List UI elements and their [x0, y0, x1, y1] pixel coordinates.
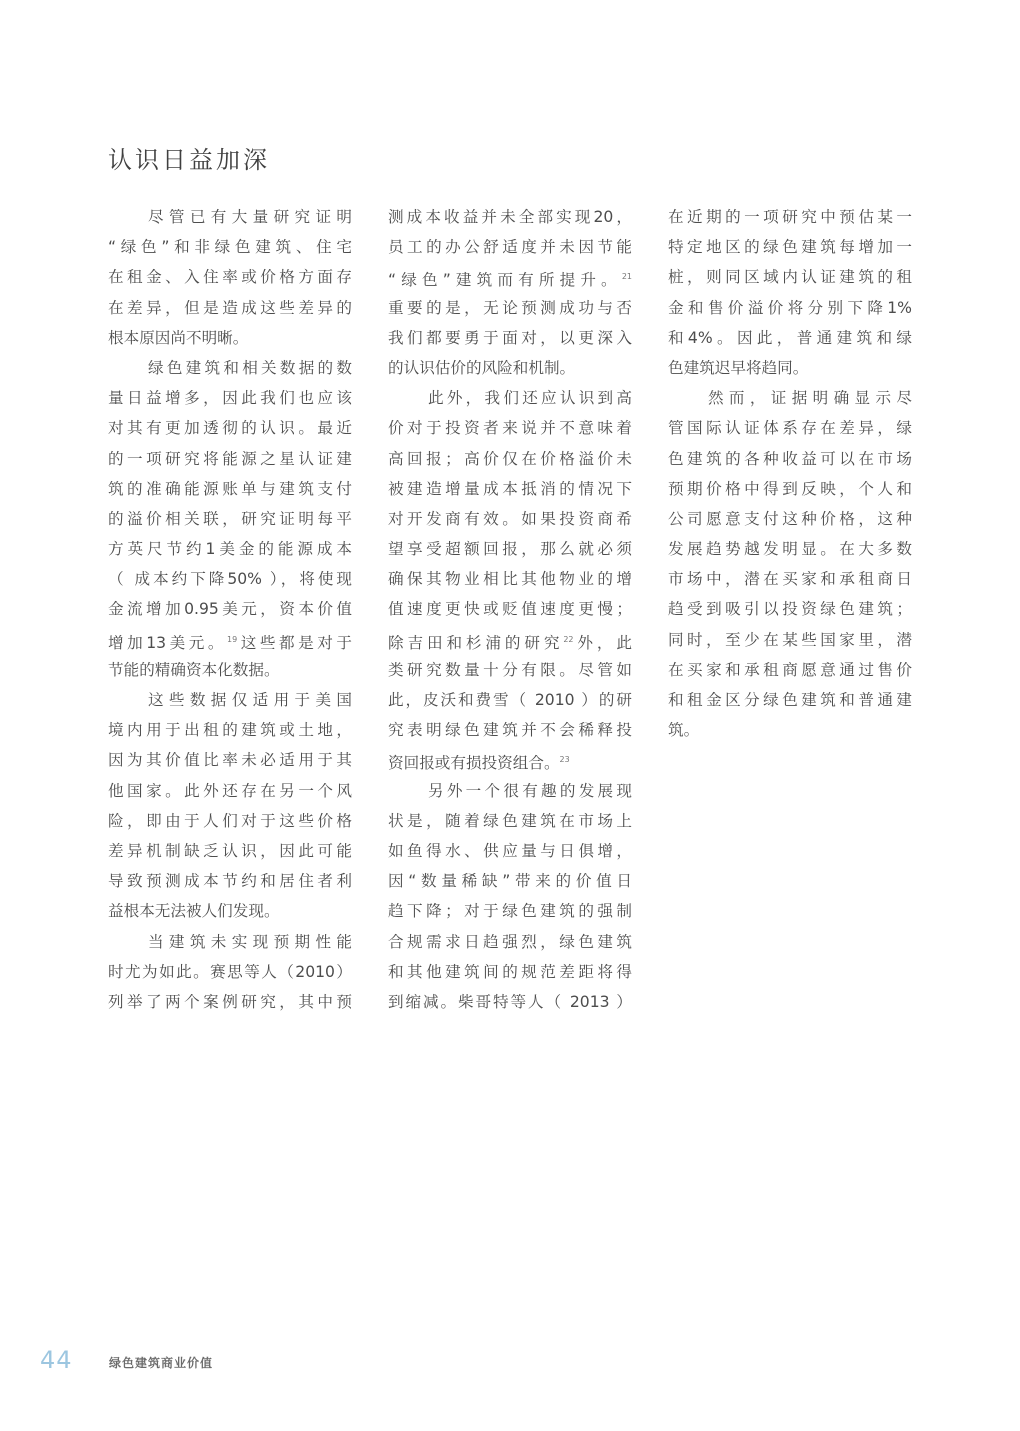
line-text: 这些都是对于 — [237, 634, 352, 652]
line-text: 和其他建筑间的规范差距将得 — [388, 963, 632, 981]
text-line: 色建筑的各种收益可以在市场 — [668, 444, 912, 474]
text-line: 时尤为如此。赛思等人（2010） — [108, 957, 352, 987]
text-line: 列举了两个案例研究，其中预 — [108, 987, 352, 1017]
text-line: “绿色”建筑而有所提升。21 — [388, 262, 632, 292]
line-text: 测成本收益并未全部实现20， — [388, 208, 632, 226]
line-text: 方英尺节约1美金的能源成本 — [108, 540, 352, 558]
page-number: 44 — [40, 1346, 73, 1374]
line-text: 时尤为如此。赛思等人（2010） — [108, 963, 352, 981]
line-text: 筑的准确能源账单与建筑支付 — [108, 480, 352, 498]
text-column-3: 在近期的一项研究中预估某一特定地区的绿色建筑每增加一桩，则同区域内认证建筑的租金… — [668, 202, 912, 745]
text-line: 当建筑未实现预期性能 — [108, 927, 352, 957]
line-text: 高回报；高价仅在价格溢价未 — [388, 450, 632, 468]
text-line: 增加13美元。19这些都是对于 — [108, 625, 352, 655]
text-line: 绿色建筑和相关数据的数 — [108, 353, 352, 383]
footnote-reference: 22 — [563, 635, 573, 644]
text-line: 另外一个很有趣的发展现 — [388, 776, 632, 806]
text-line: 和4%。因此，普通建筑和绿 — [668, 323, 912, 353]
line-text: 同时，至少在某些国家里，潜 — [668, 631, 912, 649]
text-line: 如鱼得水、供应量与日俱增， — [388, 836, 632, 866]
text-line: 和其他建筑间的规范差距将得 — [388, 957, 632, 987]
line-text: 趋下降；对于绿色建筑的强制 — [388, 902, 632, 920]
footnote-reference: 23 — [560, 755, 570, 764]
text-line: 在买家和承租商愿意通过售价 — [668, 655, 912, 685]
text-line: 的一项研究将能源之星认证建 — [108, 444, 352, 474]
text-line: 测成本收益并未全部实现20， — [388, 202, 632, 232]
text-line: （ 成本约下降50% ），将使现 — [108, 564, 352, 594]
text-line: 状是，随着绿色建筑在市场上 — [388, 806, 632, 836]
line-text: 差异机制缺乏认识，因此可能 — [108, 842, 352, 860]
text-line: 究表明绿色建筑并不会稀释投 — [388, 715, 632, 745]
text-line: 预期价格中得到反映，个人和 — [668, 474, 912, 504]
text-line: 筑。 — [668, 715, 912, 745]
line-text: 特定地区的绿色建筑每增加一 — [668, 238, 912, 256]
text-line: 的认识估价的风险和机制。 — [388, 353, 632, 383]
line-text: 的认识估价的风险和机制。 — [388, 359, 575, 377]
section-title: 认识日益加深 — [108, 140, 270, 175]
text-line: 险，即由于人们对于这些价格 — [108, 806, 352, 836]
line-text: 合规需求日趋强烈，绿色建筑 — [388, 933, 632, 951]
text-line: 对其有更加透彻的认识。最近 — [108, 413, 352, 443]
text-line: 此外，我们还应认识到高 — [388, 383, 632, 413]
line-text: 这些数据仅适用于美国 — [148, 691, 352, 709]
line-text: 和租金区分绿色建筑和普通建 — [668, 691, 912, 709]
line-text: 列举了两个案例研究，其中预 — [108, 993, 352, 1011]
line-text: 员工的办公舒适度并未因节能 — [388, 238, 632, 256]
text-line: 公司愿意支付这种价格，这种 — [668, 504, 912, 534]
line-text: 究表明绿色建筑并不会稀释投 — [388, 721, 632, 739]
line-text: 外，此 — [574, 634, 632, 652]
publication-title: 绿色建筑商业价值 — [109, 1354, 213, 1371]
line-text: 公司愿意支付这种价格，这种 — [668, 510, 912, 528]
line-text: 境内用于出租的建筑或土地， — [108, 721, 352, 739]
line-text: 的一项研究将能源之星认证建 — [108, 450, 352, 468]
text-line: 值速度更快或贬值速度更慢； — [388, 594, 632, 624]
line-text: 量日益增多，因此我们也应该 — [108, 389, 352, 407]
line-text: 确保其物业相比其他物业的增 — [388, 570, 632, 588]
line-text: “绿色”和非绿色建筑、住宅 — [108, 238, 352, 256]
line-text: 值速度更快或贬值速度更慢； — [388, 600, 632, 618]
text-line: 高回报；高价仅在价格溢价未 — [388, 444, 632, 474]
line-text: 金流增加0.95美元，资本价值 — [108, 600, 352, 618]
text-line: 价对于投资者来说并不意味着 — [388, 413, 632, 443]
text-line: 然而，证据明确显示尽 — [668, 383, 912, 413]
line-text: 险，即由于人们对于这些价格 — [108, 812, 352, 830]
line-text: 导致预测成本节约和居住者利 — [108, 872, 352, 890]
text-line: 趋受到吸引以投资绿色建筑； — [668, 594, 912, 624]
text-line: 尽管已有大量研究证明 — [108, 202, 352, 232]
line-text: 对其有更加透彻的认识。最近 — [108, 419, 352, 437]
text-line: 色建筑迟早将趋同。 — [668, 353, 912, 383]
text-line: 发展趋势越发明显。在大多数 — [668, 534, 912, 564]
text-line: 重要的是，无论预测成功与否 — [388, 293, 632, 323]
line-text: 因为其价值比率未必适用于其 — [108, 751, 352, 769]
line-text: 如鱼得水、供应量与日俱增， — [388, 842, 632, 860]
line-text: 到缩减。柴哥特等人（ 2013 ） — [388, 993, 632, 1011]
line-text: 趋受到吸引以投资绿色建筑； — [668, 600, 912, 618]
line-text: 桩，则同区域内认证建筑的租 — [668, 268, 912, 286]
line-text: 望享受超额回报，那么就必须 — [388, 540, 632, 558]
text-line: 方英尺节约1美金的能源成本 — [108, 534, 352, 564]
line-text: 管国际认证体系存在差异，绿 — [668, 419, 912, 437]
line-text: 在买家和承租商愿意通过售价 — [668, 661, 912, 679]
line-text: 色建筑迟早将趋同。 — [668, 359, 808, 377]
text-line: 在租金、入住率或价格方面存 — [108, 262, 352, 292]
line-text: 价对于投资者来说并不意味着 — [388, 419, 632, 437]
text-line: 对开发商有效。如果投资商希 — [388, 504, 632, 534]
text-line: 市场中，潜在买家和承租商日 — [668, 564, 912, 594]
text-line: 因“数量稀缺”带来的价值日 — [388, 866, 632, 896]
line-text: 益根本无法被人们发现。 — [108, 902, 280, 920]
text-line: 在差异，但是造成这些差异的 — [108, 293, 352, 323]
line-text: 和4%。因此，普通建筑和绿 — [668, 329, 912, 347]
line-text: 节能的精确资本化数据。 — [108, 661, 280, 679]
text-line: 根本原因尚不明晰。 — [108, 323, 352, 353]
text-line: 益根本无法被人们发现。 — [108, 896, 352, 926]
text-line: 差异机制缺乏认识，因此可能 — [108, 836, 352, 866]
text-line: 金和售价溢价将分别下降1% — [668, 293, 912, 323]
text-line: 合规需求日趋强烈，绿色建筑 — [388, 927, 632, 957]
line-text: 在近期的一项研究中预估某一 — [668, 208, 912, 226]
text-line: 此，皮沃和费雪（ 2010 ）的研 — [388, 685, 632, 715]
text-line: 量日益增多，因此我们也应该 — [108, 383, 352, 413]
text-line: “绿色”和非绿色建筑、住宅 — [108, 232, 352, 262]
text-line: 桩，则同区域内认证建筑的租 — [668, 262, 912, 292]
line-text: 在差异，但是造成这些差异的 — [108, 299, 352, 317]
text-line: 确保其物业相比其他物业的增 — [388, 564, 632, 594]
line-text: 增加13美元。 — [108, 634, 227, 652]
text-line: 管国际认证体系存在差异，绿 — [668, 413, 912, 443]
line-text: 根本原因尚不明晰。 — [108, 329, 248, 347]
text-line: 员工的办公舒适度并未因节能 — [388, 232, 632, 262]
line-text: 因“数量稀缺”带来的价值日 — [388, 872, 632, 890]
line-text: （ 成本约下降50% ），将使现 — [108, 570, 352, 588]
line-text: 尽管已有大量研究证明 — [148, 208, 352, 226]
line-text: 此外，我们还应认识到高 — [428, 389, 632, 407]
line-text: 金和售价溢价将分别下降1% — [668, 299, 912, 317]
text-line: 资回报或有损投资组合。23 — [388, 745, 632, 775]
text-line: 我们都要勇于面对，以更深入 — [388, 323, 632, 353]
line-text: 当建筑未实现预期性能 — [148, 933, 352, 951]
text-line: 在近期的一项研究中预估某一 — [668, 202, 912, 232]
text-line: 金流增加0.95美元，资本价值 — [108, 594, 352, 624]
line-text: 预期价格中得到反映，个人和 — [668, 480, 912, 498]
line-text: 市场中，潜在买家和承租商日 — [668, 570, 912, 588]
line-text: 然而，证据明确显示尽 — [708, 389, 912, 407]
line-text: 另外一个很有趣的发展现 — [428, 782, 632, 800]
text-column-1: 尽管已有大量研究证明“绿色”和非绿色建筑、住宅在租金、入住率或价格方面存在差异，… — [108, 202, 352, 1017]
text-line: 因为其价值比率未必适用于其 — [108, 745, 352, 775]
line-text: 色建筑的各种收益可以在市场 — [668, 450, 912, 468]
line-text: 绿色建筑和相关数据的数 — [148, 359, 352, 377]
text-line: 筑的准确能源账单与建筑支付 — [108, 474, 352, 504]
text-line: 到缩减。柴哥特等人（ 2013 ） — [388, 987, 632, 1017]
text-line: 被建造增量成本抵消的情况下 — [388, 474, 632, 504]
text-line: 类研究数量十分有限。尽管如 — [388, 655, 632, 685]
text-line: 的溢价相关联，研究证明每平 — [108, 504, 352, 534]
text-line: 同时，至少在某些国家里，潜 — [668, 625, 912, 655]
text-line: 望享受超额回报，那么就必须 — [388, 534, 632, 564]
footnote-reference: 21 — [622, 272, 632, 281]
text-line: 趋下降；对于绿色建筑的强制 — [388, 896, 632, 926]
footnote-reference: 19 — [227, 635, 237, 644]
line-text: 被建造增量成本抵消的情况下 — [388, 480, 632, 498]
line-text: 重要的是，无论预测成功与否 — [388, 299, 632, 317]
text-line: 这些数据仅适用于美国 — [108, 685, 352, 715]
text-line: 除吉田和杉浦的研究22外，此 — [388, 625, 632, 655]
line-text: 此，皮沃和费雪（ 2010 ）的研 — [388, 691, 632, 709]
text-line: 节能的精确资本化数据。 — [108, 655, 352, 685]
text-line: 特定地区的绿色建筑每增加一 — [668, 232, 912, 262]
line-text: 发展趋势越发明显。在大多数 — [668, 540, 912, 558]
line-text: 类研究数量十分有限。尽管如 — [388, 661, 632, 679]
line-text: “绿色”建筑而有所提升。 — [388, 271, 622, 289]
line-text: 状是，随着绿色建筑在市场上 — [388, 812, 632, 830]
line-text: 对开发商有效。如果投资商希 — [388, 510, 632, 528]
text-line: 境内用于出租的建筑或土地， — [108, 715, 352, 745]
line-text: 的溢价相关联，研究证明每平 — [108, 510, 352, 528]
text-line: 和租金区分绿色建筑和普通建 — [668, 685, 912, 715]
line-text: 筑。 — [668, 721, 699, 739]
text-line: 导致预测成本节约和居住者利 — [108, 866, 352, 896]
text-line: 他国家。此外还存在另一个风 — [108, 776, 352, 806]
text-column-2: 测成本收益并未全部实现20，员工的办公舒适度并未因节能“绿色”建筑而有所提升。2… — [388, 202, 632, 1017]
line-text: 我们都要勇于面对，以更深入 — [388, 329, 632, 347]
line-text: 除吉田和杉浦的研究 — [388, 634, 563, 652]
line-text: 他国家。此外还存在另一个风 — [108, 782, 352, 800]
line-text: 在租金、入住率或价格方面存 — [108, 268, 352, 286]
line-text: 资回报或有损投资组合。 — [388, 754, 560, 772]
